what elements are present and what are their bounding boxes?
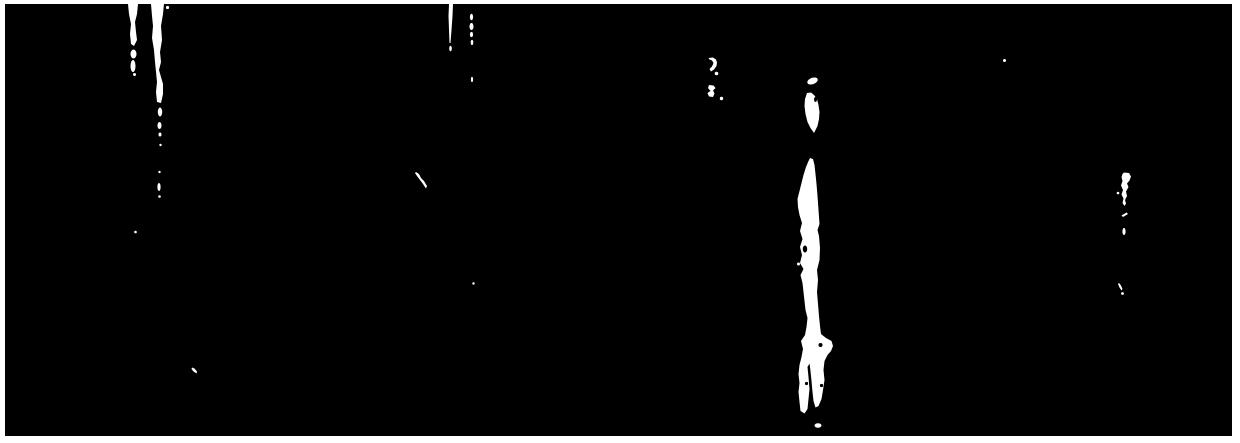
column-left-dot: [797, 263, 800, 266]
dotted-streak-d-1: [470, 14, 473, 20]
column-hole-2: [819, 343, 823, 347]
teardrop-notch-hole: [814, 97, 817, 102]
column-hole-4: [820, 384, 823, 387]
tiny-dot-upper-right: [1003, 59, 1006, 62]
center-dot-1: [715, 72, 719, 76]
right-bottom-dot: [1121, 292, 1124, 295]
column-hole-1: [803, 246, 807, 253]
right-comma-mark: [1122, 228, 1125, 235]
speck-center-left: [472, 282, 474, 284]
top-edge-dot: [166, 6, 169, 9]
drip-a-fragment-3: [133, 73, 136, 76]
binary-mask-image: [0, 0, 1240, 443]
drip-a-fragment-1: [131, 50, 137, 59]
mask-background: [5, 4, 1232, 436]
drip-a-fragment-2: [131, 60, 136, 72]
drip-b-fragment-1: [158, 108, 162, 117]
drip-b-fragment-4: [159, 144, 161, 146]
drip-c-fragment: [449, 46, 452, 52]
right-squiggle-side-dot: [1117, 192, 1120, 195]
speck-left-mid: [134, 231, 137, 234]
dotted-streak-d-4: [471, 40, 474, 45]
figure-page: [0, 0, 1240, 443]
drip-b-fragment-2: [158, 122, 162, 129]
drip-b-fragment-7: [158, 195, 161, 198]
column-bottom-dot: [815, 423, 822, 428]
center-dot-2: [720, 97, 723, 100]
drip-b-fragment-5: [158, 171, 160, 173]
drip-b-fragment-6: [157, 183, 160, 191]
dotted-streak-d-5: [471, 77, 473, 82]
drip-b-fragment-3: [159, 133, 162, 137]
column-hole-3: [805, 382, 808, 385]
dotted-streak-d-3: [470, 32, 473, 37]
dotted-streak-d-2: [470, 23, 474, 30]
